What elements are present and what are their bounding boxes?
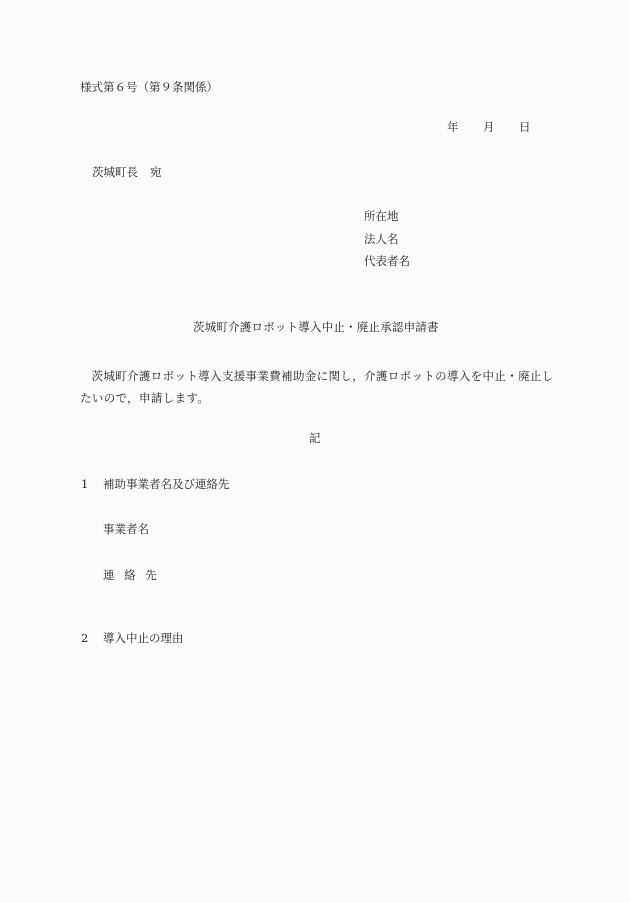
applicant-representative-label: 代表者名 [364,256,410,279]
date-line: 年 月 日 [447,122,531,134]
addressee-name: 茨城町長 [92,165,138,179]
date-year-label: 年 [447,122,483,134]
applicant-address-label: 所在地 [364,211,410,234]
addressee-suffix: 宛 [150,165,162,179]
item-1-label: 補助事業者名及び連絡先 [103,477,230,491]
contact-label: 連 絡 先 [103,570,160,582]
applicant-block: 所在地 法人名 代表者名 [364,211,410,279]
item-2-number: 2 [81,633,103,645]
item-1-heading: 1補助事業者名及び連絡先 [81,479,230,491]
date-day-label: 日 [519,122,531,134]
applicant-corporation-label: 法人名 [364,234,410,257]
date-month-label: 月 [483,122,519,134]
document-title: 茨城町介護ロボット導入中止・廃止承認申請書 [193,322,439,334]
form-number: 様式第６号（第９条関係） [80,82,218,94]
business-name-label: 事業者名 [103,524,149,536]
ki-heading: 記 [309,433,321,445]
item-1-number: 1 [81,479,103,491]
body-paragraph: 茨城町介護ロボット導入支援事業費補助金に関し，介護ロボットの導入を中止・廃止した… [80,365,558,409]
item-2-label: 導入中止の理由 [103,631,184,645]
item-2-heading: 2導入中止の理由 [81,633,184,645]
addressee: 茨城町長宛 [92,167,162,179]
